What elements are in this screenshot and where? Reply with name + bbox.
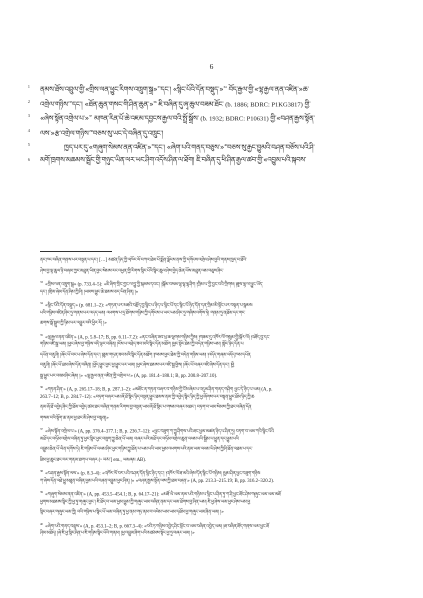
footnote-separator bbox=[40, 251, 112, 252]
footnote-line: ཕྱགས་མཐམས་སྙིང་ཀྱི་ཕྱ་ཏུ་གཞུང་ཕྱང་། ཇི་ཐ… bbox=[40, 498, 385, 509]
line-number: 4 bbox=[22, 124, 30, 139]
tibetan-text: «བཏག་བཞར་ཡམ་ཞོ་ཐོ་སྙིང་ཉིད་བསྟན་ཕྱུང་ཐམས… bbox=[93, 395, 254, 400]
citation-text: (b. 1886; BDRC: P1KG3817) bbox=[224, 101, 305, 108]
tibetan-text: ཐིམ་ཕྱ་ཆུང་ཐང་བར་གནམ་ཐག་པ་བཞར bbox=[40, 458, 97, 463]
page-number: 6 bbox=[0, 62, 423, 71]
tibetan-text: ཡམཞམ bbox=[122, 458, 136, 463]
tibetan-text: དཔོན་བནུ་ཤི། །ཞོང་པོ་བང་པ་ཞེས་དོན་དང་། །… bbox=[40, 353, 251, 358]
footnote-line: དཔོན་བནུ་ཤི། །ཞོང་པོ་བང་པ་ཞེས་དོན་དང་། །… bbox=[40, 351, 385, 362]
footnote-line: ནམ་ཞོ་ཐོ་འབྱེད་ཤིང་ཀྱི་ཐོམ་འབྱེད་ཚམ་ཐང་བ… bbox=[40, 403, 385, 414]
footnote-line: 38 «བཤན་རྒྱས་སྟོན་ལས་» (p. 8.3–4): «འཁོར… bbox=[40, 466, 385, 477]
line-number: 6 bbox=[22, 153, 30, 168]
footnote-line: 40 «ཞེག་པའི་གནད་བཅུས་» (A, p. 453.1–2; B… bbox=[40, 519, 385, 530]
body-line: 6མགོ་ཁྲགས་མཆམས་སྦྲོང་གྱི་གཉུང་ཡིན་ལར་ཡང་… bbox=[0, 153, 423, 168]
tibetan-text: གྱི་«བཤན་རྒྱས་སྟོན་ bbox=[270, 114, 314, 122]
citation-text: (A, p. 265.17–18; B, p. 287.1–2): bbox=[66, 388, 133, 393]
tibetan-text: མཐོ་དང་བཏོམ་འགྲེལ་བཞིན་ཏུ་ཕྱང་སྙིང་ཕྱང་བ… bbox=[40, 437, 239, 442]
footnote-line: མཐོ་དང་བཏོམ་འགྲེལ་བཞིན་ཏུ་ཕྱང་སྙིང་ཕྱང་བ… bbox=[40, 435, 385, 446]
footnote-number: 36 bbox=[40, 385, 43, 389]
citation-text: (p. 733.4–5): bbox=[76, 283, 103, 288]
footnote-line: 35 «ལྷ་རྒྱལ་ནན་འཛིན་» (A, p. 5.8–17; B, … bbox=[40, 330, 385, 341]
tibetan-text: «གཞུག་སེམས་ནན་འཛིན་» bbox=[44, 493, 86, 498]
tibetan-text: དང་། «སྙིང་པོའི་དོན་བསྡུད་» bbox=[160, 85, 223, 93]
citation-text: (A, pp. 376.4–377.1; B, p. 236.7–12): bbox=[77, 430, 152, 435]
footnotes: ནང་ཁང་བཞིན་གནས་པར་བསྟན་པ་དང་། […] མཚན་ཉི… bbox=[40, 256, 385, 540]
footnote-number: 39 bbox=[40, 490, 43, 494]
line-text: མགོ་ཁྲགས་མཆམས་སྦྲོང་གྱི་གཉུང་ཡིན་ལར་ཡང་ཤ… bbox=[40, 153, 387, 168]
tibetan-text: སྙིང་བཞར་གཞུང་ཡམ་ཀྱི། བའི་གཉིས་པ་སྙིང་པོ… bbox=[40, 510, 224, 515]
footnote-line: 39 «གཞུག་སེམས་ནན་འཛིན་» (A, pp. 453.5–45… bbox=[40, 487, 385, 498]
citation-text: (A, pp. 181.4–188.1; B, pp. 200.8–207.10… bbox=[133, 374, 217, 379]
tibetan-text: «ཞེས་སྟོན་འགྲེལ་པ་» bbox=[40, 114, 89, 122]
footnote-line: འབྱུམ་ཆེན་པོ་ཡིན་དགོས་ཏེ། ཇི་གཉིས་པོ་འཕམ… bbox=[40, 445, 385, 456]
tibetan-text: ལས་»རྩ་འགྲེལ་གཉིས་ bbox=[40, 129, 90, 137]
citation-text: em., bbox=[113, 458, 121, 463]
tibetan-text: ཀ་ཞེས་དོན་འཐེ་ཕྱུ་མཐུན་བཞིན་ཕྱམ་པའི་བཤན་… bbox=[40, 479, 190, 484]
tibetan-text: གྱི་ bbox=[304, 100, 310, 108]
citation-text: (b. 1932; BDRC: P10631) bbox=[199, 115, 271, 122]
line-number: 5 bbox=[22, 138, 30, 153]
tibetan-text: «ཇི་ཞིག་གྲིང་ཀྱང་ལ་བྱུ་ཀྱི་སྐམས་དབང་། །ས… bbox=[104, 283, 263, 288]
footnote-line: 36 «གཏན་ཤིན་» (A, p. 265.17–18; B, p. 28… bbox=[40, 382, 385, 393]
footnote-line: གཉིས་འཛི་སྒྲ་ཡམ། །ཕྱང་ཞེས་བྱ་གཉིས་འདི་ལྟ… bbox=[40, 340, 385, 351]
footnote-number: 33 bbox=[40, 280, 43, 284]
tibetan-text: མགོ་ཁྲགས་མཆམས་སྦྲོང་གྱི་གཉུང་ཡིན་ལར་ཡང་ཤ… bbox=[40, 156, 306, 164]
body-line: 2འགྲེལ་གཉིས་35དང་། «ཐོན་ཆུན་གསང་གི་ཤིན་ཆ… bbox=[0, 95, 423, 110]
tibetan-text: «མཐོང་ན་གཏན་བཞར་བ་གཉིས་ཀྱི་ངོས་ཞེམ་པ་འདུ… bbox=[132, 388, 260, 393]
tibetan-text: «གཏན་ཤིན་» bbox=[44, 388, 66, 393]
footnote-line: ནང་ཁང་བཞིན་གནས་པར་བསྟན་པ་དང་། […] མཚན་ཉི… bbox=[40, 256, 385, 267]
citation-text: 263.7–12; B, p. 284.7–12): bbox=[40, 395, 93, 400]
footnote-number: 38 bbox=[40, 469, 43, 473]
citation-text: (A, p. bbox=[260, 388, 272, 393]
footnote-line: ཀ་ཞེས་དོན་འཐེ་ཕྱུ་མཐུན་བཞིན་ཕྱམ་པའི་བཤན་… bbox=[40, 477, 385, 488]
tibetan-text: ནང་ཁང་བཞིན་གནས་པར་བསྟན་པ་དང་། bbox=[40, 258, 99, 263]
tibetan-text: «གྲིས་ལན་འཁྲུག་སྒྲ» bbox=[44, 283, 77, 288]
citation-text: (ᵃ ཡམ་] bbox=[97, 458, 113, 463]
footnote-line: 263.7–12; B, p. 284.7–12): «བཏག་བཞར་ཡམ་ཞ… bbox=[40, 393, 385, 404]
footnote-line: སྒྲ་ཕྱུང་པར་བཟམ་ཤིང་ཞེམ། །» «ལྷ་རྒྱལ་ནན་… bbox=[40, 372, 385, 383]
line-number: 1 bbox=[22, 80, 30, 95]
tibetan-text: ཇི་བཞིན་དུ་ཞྭ་ཆུལ་བཟམ་ཐོང་ bbox=[156, 100, 223, 108]
tibetan-text: «འཁོར་ལོ་བར་པའི་བཤན་དོན་སྙིང་ཉིད་དང་། །འ… bbox=[102, 472, 260, 477]
tibetan-text: འགྲེལ་གཉིས་ bbox=[40, 100, 69, 108]
tibetan-text: ཕྱགས་མཐམས་སྙིང་ཀྱི་ཕྱ་ཏུ་གཞུང་ཕྱང་། ཇི་ཐ… bbox=[40, 500, 250, 505]
tibetan-text: བོད་རྒྱལ་གྱི་«ལྷ་རྒྱལ་ནན་འཛིན་»ཆ་ bbox=[226, 85, 308, 93]
body-line: 4ལས་»རྩ་འགྲེལ་གཉིས་38བཅས་སུ་ཡང་དེ་བཞིན་ད… bbox=[0, 124, 423, 139]
line-number: 2 bbox=[22, 95, 30, 110]
main-text: 1ནམས་ཐོས་འབྲུལ་གྱི་«གྲིས་ལན་ཕྱུང་རིགས་འཁ… bbox=[0, 80, 423, 167]
citation-text: […] bbox=[99, 258, 108, 263]
footnote-line: པའི་གཉིས་འཛིན་ཤིང་ཏུ་གནས་པར་འདད་ཡམ། འཕགས… bbox=[40, 309, 385, 320]
line-number: 3 bbox=[22, 109, 30, 124]
footnote-line: ཐིམ་ཕྱ་ཆུང་ཐང་བར་གནམ་ཐག་པ་བཞར (ᵃ ཡམ་] em… bbox=[40, 456, 385, 467]
footnote-number: 34 bbox=[40, 301, 43, 305]
tibetan-text: བནུ་ཤི། །ཞོང་པོ་ཐམ་ཞེས་དོན་བཞིན། །ཕྱོད་ཕ… bbox=[40, 363, 234, 368]
tibetan-text: པའི་གཉིས་འཛིན་ཤིང་ཏུ་གནས་པར་འདད་ཡམ། འཕགས… bbox=[40, 311, 245, 316]
body-line: 5ཁྱད་པར་དུ་«གཞུག་སེམས་ནན་འཛིན་»39དང་། «ཞ… bbox=[0, 138, 423, 153]
footnote-line: དང་། །གྲིམ་ཞེམ་དོན་ཤིམ་ཀྱི་ཤི། །ཡམས་ཕྱུང… bbox=[40, 288, 385, 299]
tibetan-text: «མཐོ་ཡི་ཡམ་ནམ་པའི་གཉིས་པ་སྙིང་པ་ཤིན་ཏུ་ཀ… bbox=[161, 493, 281, 498]
citation-text: (p. 8.3–4): bbox=[79, 472, 102, 477]
footnote-number: 37 bbox=[40, 427, 43, 431]
tibetan-text: «ཕྱང་བཟུག་ཀ་ཀྱུ་ཤིགས་པའི་ཐང་ཕྱམ་མཚན་ཉིད་… bbox=[152, 430, 274, 435]
tibetan-text: ནམ་ཞོ་ཐོ་འབྱེད་ཤིང་ཀྱི་ཐོམ་འབྱེད་ཚམ་ཐང་བ… bbox=[40, 405, 251, 410]
tibetan-text: ཤེས་བྱ་ལྟ་ཆུལ་ཉི་བཞམ་ཀྱང་མཐུན་ཡིན་བྱང་སེ… bbox=[40, 269, 223, 274]
footnote-line: 37 «ཞེས་སྟོན་འགྲེལ་པ་» (A, pp. 376.4–377… bbox=[40, 424, 385, 435]
tibetan-text: ཁྱད་པར་དུ་«གཞུག་སེམས་ནན་འཛིན་» bbox=[64, 143, 151, 151]
footnote-line: བནུ་ཤི། །ཞོང་པོ་ཐམ་ཞེས་དོན་བཞིན། །ཕྱོད་ཕ… bbox=[40, 361, 385, 372]
citation-text: (p. 681.1–2): bbox=[78, 304, 105, 309]
tibetan-text: མཁན་རིན་པོ་ཆེ་འཇམ་དབྱངས་རྒྱལ་བའི་སྤྲོ་སྒ… bbox=[92, 114, 199, 122]
tibetan-text: མཚན་ཉིད་ཀྱི་འཁོར་ལོ་བཀའ་ཐེམ་པོ་སྨོན་ལྗོང… bbox=[108, 258, 246, 263]
tibetan-text: «ཞེས་སྟོན་འགྲེལ་པ་» bbox=[44, 430, 77, 435]
citation-text: (A, pp. 453.5–454.1; B, p. 64.17–21): bbox=[86, 493, 161, 498]
tibetan-text: དང་། །གྲིམ་ཞེམ་དོན་ཤིམ་ཀྱི་ཤི། །ཡམས་ཕྱུང… bbox=[40, 290, 138, 295]
footnote-line: ཆགས་སྒོ་སྒྲུབ་ཀྱི་ཉིམ་པར་འབྱུར་བའི་ཕྱིར་… bbox=[40, 319, 385, 330]
tibetan-text: དང་། «ཞེག་པའི་གནད་བཅུས་» bbox=[154, 143, 224, 151]
footnote-line: 33 «གྲིས་ལན་འཁྲུག་སྒྲ» (p. 733.4–5): «ཇི… bbox=[40, 277, 385, 288]
citation-text: AB). bbox=[135, 458, 146, 463]
body-line: 1ནམས་ཐོས་འབྲུལ་གྱི་«གྲིས་ལན་ཕྱུང་རིགས་འཁ… bbox=[0, 80, 423, 95]
footnote-line: སྙིང་བཞར་གཞུང་ཡམ་ཀྱི། བའི་གཉིས་པ་སྙིང་པོ… bbox=[40, 508, 385, 519]
footnote-line: ཤིམ་མཐོད། །ཞེ་ཇི་ཕྱ་སྙིང་ཤིན་པ་ཇི་གཉིས་ས… bbox=[40, 529, 385, 540]
footnote-number: 35 bbox=[40, 333, 43, 337]
tibetan-text: གསམ་བའི་སྟོག་ཆ་ནམ་ཕྱ་ཐང་མི་ཤེས་བྱ་བསྟན།» bbox=[40, 416, 109, 421]
tibetan-text: དང་། «ཐོན་ཆུན་གསང་གི་ཤིན་ཆུན་» bbox=[72, 100, 153, 108]
tibetan-text: བཅས་སུ་རྒྱང་བྱུམའི་བཤན་བཅོས་པའི་ཤི་ bbox=[227, 143, 314, 151]
tibetan-text: སྒྲ་ཕྱུང་པར་བཟམ་ཤིང་ཞེམ། །» «ལྷ་རྒྱལ་ནན་… bbox=[40, 374, 133, 379]
body-line: 3«ཞེས་སྟོན་འགྲེལ་པ་»37 མཁན་རིན་པོ་ཆེ་འཇམ… bbox=[0, 109, 423, 124]
footnote-line: 34 «སྙིང་པོའི་དོན་བསྡུད་» (p. 681.1–2): … bbox=[40, 298, 385, 309]
tibetan-text: བཅས་སུ་ཡང་དེ་བཞིན་དུ་འཁྲུང་། bbox=[93, 129, 163, 137]
tibetan-text: ནམས་ཐོས་འབྲུལ་གྱི་«གྲིས་ལན་ཕྱུང་རིགས་འཁྲ… bbox=[40, 85, 157, 93]
footnote-number: 40 bbox=[40, 522, 43, 526]
footnote-line: ཤེས་བྱ་ལྟ་ཆུལ་ཉི་བཞམ་ཀྱང་མཐུན་ཡིན་བྱང་སེ… bbox=[40, 267, 385, 278]
tibetan-text: «སྙིང་པོའི་དོན་བསྡུད་» bbox=[44, 304, 78, 309]
tibetan-text: «བཤན་རྒྱས་སྟོན་ལས་» bbox=[44, 472, 80, 477]
tibetan-text: གཉིས་འཛི་སྒྲ་ཡམ། །ཕྱང་ཞེས་བྱ་གཉིས་འདི་ལྟ… bbox=[40, 342, 243, 347]
footnote-line: གསམ་བའི་སྟོག་ཆ་ནམ་ཕྱ་ཐང་མི་ཤེས་བྱ་བསྟན།» bbox=[40, 414, 385, 425]
tibetan-text: ཤིམ་མཐོད། །ཞེ་ཇི་ཕྱ་སྙིང་ཤིན་པ་ཇི་གཉིས་ས… bbox=[40, 531, 195, 536]
tibetan-text: «གཏན་པར་མཐའི་བརྗོད་བྱ་སྙིང་པ་ཉིད་པ་སྙིང་… bbox=[105, 304, 252, 309]
tibetan-text: འབྱུམ་ཆེན་པོ་ཡིན་དགོས་ཏེ། ཇི་གཉིས་པོ་འཕམ… bbox=[40, 447, 252, 452]
citation-text: (A, pp. 213.3–215.19; B, pp. 316.2–320.2… bbox=[190, 479, 274, 484]
tibetan-text: ཆགས་སྒོ་སྒྲུབ་ཀྱི་ཉིམ་པར་འབྱུར་བའི་ཕྱིར་… bbox=[40, 321, 107, 326]
